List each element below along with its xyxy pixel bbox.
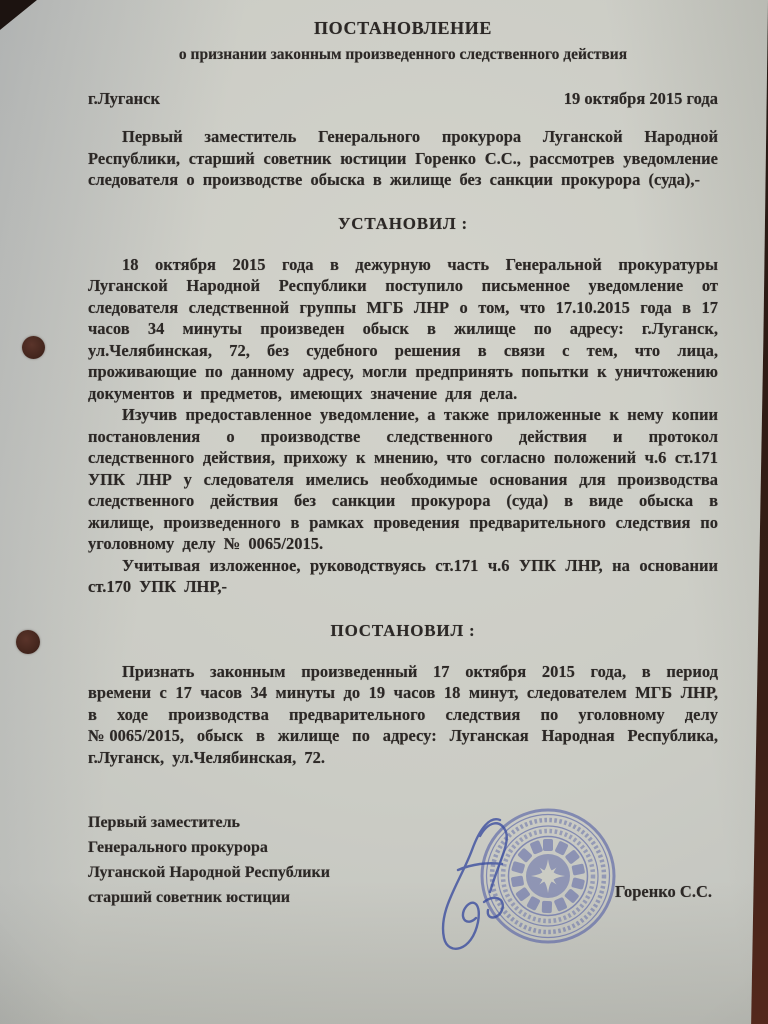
resolved-block: Признать законным произведенный 17 октяб… (88, 661, 718, 769)
established-paragraph-1: 18 октября 2015 года в дежурную часть Ге… (88, 254, 718, 405)
resolved-heading: ПОСТАНОВИЛ : (88, 621, 718, 641)
date-label: 19 октября 2015 года (564, 89, 718, 109)
resolved-paragraph: Признать законным произведенный 17 октяб… (88, 661, 718, 769)
document-title: ПОСТАНОВЛЕНИЕ (88, 18, 718, 39)
signer-position-line-2: Генерального прокурора (88, 835, 718, 860)
established-paragraph-3: Учитывая изложенное, руководствуясь ст.1… (88, 555, 718, 598)
place-label: г.Луганск (88, 89, 160, 109)
established-block: 18 октября 2015 года в дежурную часть Ге… (88, 254, 718, 598)
handwritten-signature (424, 806, 544, 966)
signer-name: Горенко С.С. (615, 882, 712, 902)
hole-punch-bottom (16, 630, 40, 654)
intro-paragraph: Первый заместитель Генерального прокурор… (88, 126, 718, 191)
signature-block: Первый заместитель Генерального прокурор… (88, 810, 718, 920)
established-paragraph-2: Изучив предоставленное уведомление, а та… (88, 404, 718, 555)
place-date-row: г.Луганск 19 октября 2015 года (88, 89, 718, 109)
photo-scene: ПОСТАНОВЛЕНИЕ о признании законным произ… (0, 0, 768, 1024)
hole-punch-top (22, 336, 45, 359)
established-heading: УСТАНОВИЛ : (88, 214, 718, 234)
document-subtitle: о признании законным произведенного след… (88, 46, 718, 64)
signer-position-line-1: Первый заместитель (88, 810, 718, 835)
document-content: ПОСТАНОВЛЕНИЕ о признании законным произ… (88, 0, 718, 920)
document-page: ПОСТАНОВЛЕНИЕ о признании законным произ… (0, 0, 768, 1024)
